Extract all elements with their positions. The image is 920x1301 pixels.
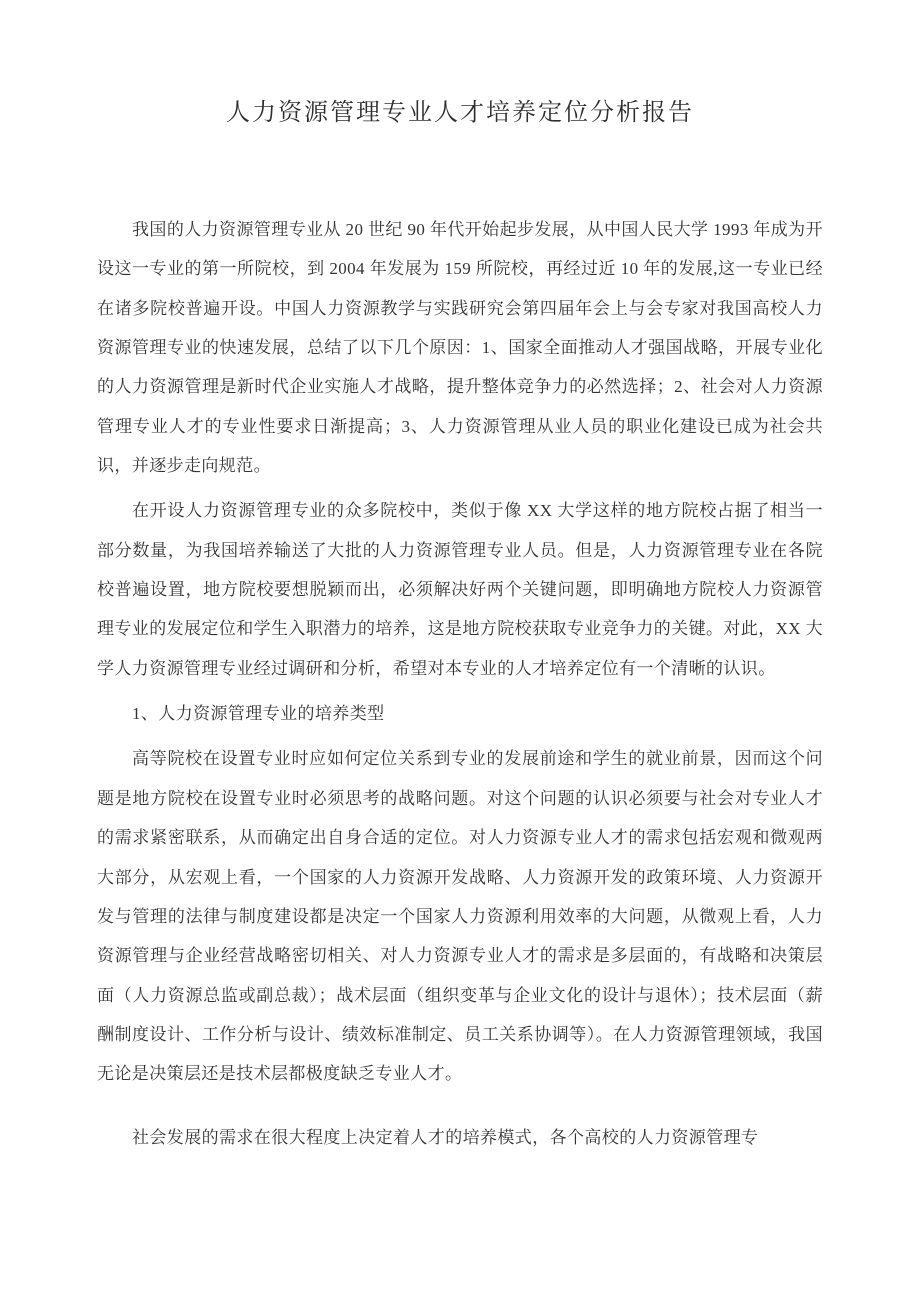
paragraph-social-demand: 社会发展的需求在很大程度上决定着人才的培养模式，各个高校的人力资源管理专: [97, 1118, 823, 1157]
paragraph-positioning-demand: 高等院校在设置专业时应如何定位关系到专业的发展前途和学生的就业前景，因而这个问题…: [97, 739, 823, 1093]
paragraph-intro-development: 我国的人力资源管理专业从 20 世纪 90 年代开始起步发展，从中国人民大学 1…: [97, 210, 823, 485]
document-page: 人力资源管理专业人才培养定位分析报告 我国的人力资源管理专业从 20 世纪 90…: [0, 0, 920, 1301]
document-title: 人力资源管理专业人才培养定位分析报告: [97, 98, 823, 128]
section-heading-training-type: 1、人力资源管理专业的培养类型: [97, 694, 823, 733]
paragraph-local-colleges: 在开设人力资源管理专业的众多院校中，类似于像 XX 大学这样的地方院校占据了相当…: [97, 491, 823, 688]
